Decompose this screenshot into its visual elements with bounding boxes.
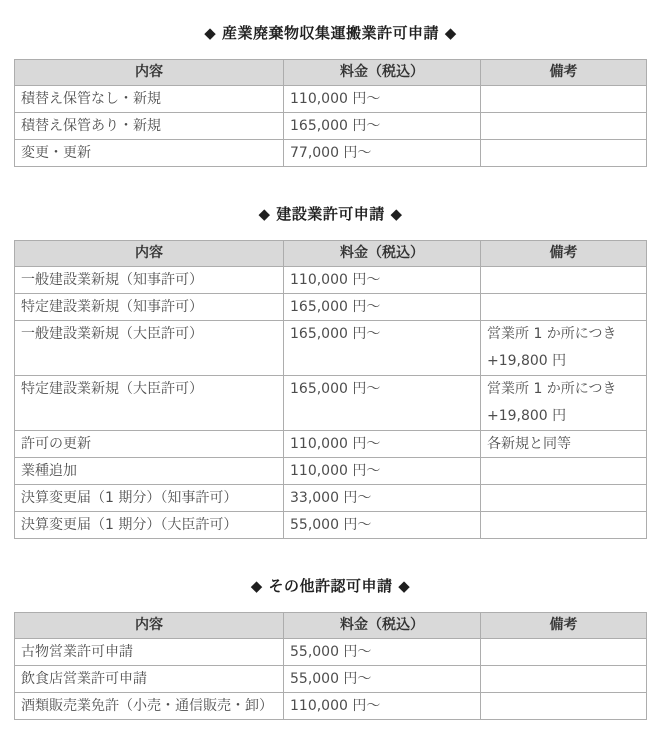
section-title: ◆ 産業廃棄物収集運搬業許可申請 ◆	[14, 0, 647, 42]
column-header-note: 備考	[481, 241, 647, 267]
table-row: 酒類販売業免許（小売・通信販売・卸）110,000 円～	[15, 693, 647, 720]
column-header-content: 内容	[15, 241, 284, 267]
fee-section: ◆ 産業廃棄物収集運搬業許可申請 ◆ 内容 料金（税込） 備考 積替え保管なし・…	[14, 0, 647, 167]
fee-table: 内容 料金（税込） 備考 古物営業許可申請55,000 円～飲食店営業許可申請5…	[14, 612, 647, 720]
column-header-price: 料金（税込）	[284, 613, 481, 639]
cell-content: 決算変更届（1 期分）（大臣許可）	[15, 512, 284, 539]
cell-note	[481, 512, 647, 539]
table-row: 特定建設業新規（大臣許可）165,000 円～営業所 1 か所につき +19,8…	[15, 376, 647, 431]
cell-content: 古物営業許可申請	[15, 639, 284, 666]
header-row: 内容 料金（税込） 備考	[15, 613, 647, 639]
cell-note	[481, 666, 647, 693]
table-row: 業種追加110,000 円～	[15, 458, 647, 485]
cell-note	[481, 113, 647, 140]
cell-price: 110,000 円～	[284, 431, 481, 458]
column-header-price: 料金（税込）	[284, 60, 481, 86]
cell-price: 110,000 円～	[284, 267, 481, 294]
section-title: ◆ 建設業許可申請 ◆	[14, 167, 647, 223]
cell-note: 各新規と同等	[481, 431, 647, 458]
table-row: 決算変更届（1 期分）（知事許可）33,000 円～	[15, 485, 647, 512]
column-header-price: 料金（税込）	[284, 241, 481, 267]
table-body: 一般建設業新規（知事許可）110,000 円～特定建設業新規（知事許可）165,…	[15, 267, 647, 539]
cell-note: 営業所 1 か所につき +19,800 円	[481, 376, 647, 431]
cell-note	[481, 86, 647, 113]
cell-content: 許可の更新	[15, 431, 284, 458]
cell-content: 特定建設業新規（大臣許可）	[15, 376, 284, 431]
cell-price: 33,000 円～	[284, 485, 481, 512]
table-row: 積替え保管なし・新規110,000 円～	[15, 86, 647, 113]
cell-price: 55,000 円～	[284, 666, 481, 693]
cell-content: 一般建設業新規（大臣許可）	[15, 321, 284, 376]
cell-price: 55,000 円～	[284, 512, 481, 539]
column-header-note: 備考	[481, 613, 647, 639]
cell-content: 決算変更届（1 期分）（知事許可）	[15, 485, 284, 512]
cell-price: 165,000 円～	[284, 294, 481, 321]
table-row: 一般建設業新規（知事許可）110,000 円～	[15, 267, 647, 294]
cell-price: 77,000 円～	[284, 140, 481, 167]
cell-note	[481, 458, 647, 485]
cell-content: 積替え保管あり・新規	[15, 113, 284, 140]
cell-note	[481, 485, 647, 512]
cell-note	[481, 140, 647, 167]
column-header-content: 内容	[15, 613, 284, 639]
table-row: 積替え保管あり・新規165,000 円～	[15, 113, 647, 140]
cell-content: 一般建設業新規（知事許可）	[15, 267, 284, 294]
cell-content: 酒類販売業免許（小売・通信販売・卸）	[15, 693, 284, 720]
fee-table: 内容 料金（税込） 備考 一般建設業新規（知事許可）110,000 円～特定建設…	[14, 240, 647, 539]
cell-price: 110,000 円～	[284, 86, 481, 113]
cell-content: 飲食店営業許可申請	[15, 666, 284, 693]
header-row: 内容 料金（税込） 備考	[15, 241, 647, 267]
cell-price: 110,000 円～	[284, 693, 481, 720]
fee-section: ◆ 建設業許可申請 ◆ 内容 料金（税込） 備考 一般建設業新規（知事許可）11…	[14, 167, 647, 539]
table-row: 一般建設業新規（大臣許可）165,000 円～営業所 1 か所につき +19,8…	[15, 321, 647, 376]
cell-content: 積替え保管なし・新規	[15, 86, 284, 113]
table-row: 変更・更新77,000 円～	[15, 140, 647, 167]
table-row: 決算変更届（1 期分）（大臣許可）55,000 円～	[15, 512, 647, 539]
table-body: 古物営業許可申請55,000 円～飲食店営業許可申請55,000 円～酒類販売業…	[15, 639, 647, 720]
fee-section: ◆ その他許認可申請 ◆ 内容 料金（税込） 備考 古物営業許可申請55,000…	[14, 539, 647, 720]
cell-content: 業種追加	[15, 458, 284, 485]
header-row: 内容 料金（税込） 備考	[15, 60, 647, 86]
document-body: ◆ 産業廃棄物収集運搬業許可申請 ◆ 内容 料金（税込） 備考 積替え保管なし・…	[0, 0, 661, 750]
cell-price: 110,000 円～	[284, 458, 481, 485]
cell-price: 165,000 円～	[284, 321, 481, 376]
cell-note	[481, 294, 647, 321]
cell-price: 165,000 円～	[284, 376, 481, 431]
cell-price: 55,000 円～	[284, 639, 481, 666]
table-body: 積替え保管なし・新規110,000 円～積替え保管あり・新規165,000 円～…	[15, 86, 647, 167]
cell-note: 営業所 1 か所につき +19,800 円	[481, 321, 647, 376]
cell-note	[481, 693, 647, 720]
cell-content: 特定建設業新規（知事許可）	[15, 294, 284, 321]
cell-price: 165,000 円～	[284, 113, 481, 140]
fee-table: 内容 料金（税込） 備考 積替え保管なし・新規110,000 円～積替え保管あり…	[14, 59, 647, 167]
table-row: 特定建設業新規（知事許可）165,000 円～	[15, 294, 647, 321]
table-row: 飲食店営業許可申請55,000 円～	[15, 666, 647, 693]
column-header-note: 備考	[481, 60, 647, 86]
cell-note	[481, 267, 647, 294]
table-row: 古物営業許可申請55,000 円～	[15, 639, 647, 666]
table-row: 許可の更新110,000 円～各新規と同等	[15, 431, 647, 458]
cell-note	[481, 639, 647, 666]
section-title: ◆ その他許認可申請 ◆	[14, 539, 647, 595]
cell-content: 変更・更新	[15, 140, 284, 167]
column-header-content: 内容	[15, 60, 284, 86]
